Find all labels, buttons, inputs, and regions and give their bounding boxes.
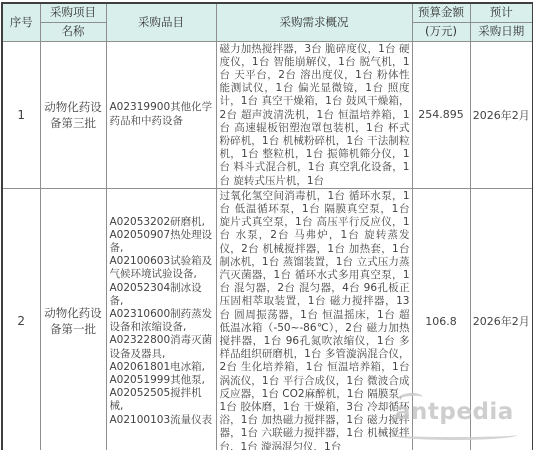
row1-items: A02319900其他化学药品和中药设备 (106, 41, 216, 188)
row1-project-name: 动物化药设备第三批 (40, 41, 106, 188)
row2-items: A02053202研磨机, A02050907热处理设备, A02100603试… (106, 188, 216, 450)
row1-date: 2026年2月 (470, 41, 533, 188)
row1-demand: 磁力加热搅拌器，3台 脆碎度仪，1台 硬度仪，1台 智能崩解仪，1台 脱气机，1… (216, 41, 412, 188)
header-demand: 采购需求概况 (216, 3, 412, 41)
header-budget-line2: (万元) (412, 22, 470, 41)
header-project-line1: 采购项目 (40, 3, 106, 22)
header-date-line1: 预计 (470, 3, 533, 22)
table-header: 序号 采购项目 采购品目 采购需求概况 预算金额 预计 名称 (万元) 采购日期 (2, 3, 533, 41)
row2-project-name: 动物化药设备第一批 (40, 188, 106, 450)
procurement-table: 序号 采购项目 采购品目 采购需求概况 预算金额 预计 名称 (万元) 采购日期… (1, 2, 533, 450)
row1-seq: 1 (2, 41, 40, 188)
table-row: 1 动物化药设备第三批 A02319900其他化学药品和中药设备 磁力加热搅拌器… (2, 41, 533, 188)
row2-seq: 2 (2, 188, 40, 450)
row2-budget: 106.8 (412, 188, 470, 450)
header-seq: 序号 (2, 3, 40, 41)
procurement-page: 序号 采购项目 采购品目 采购需求概况 预算金额 预计 名称 (万元) 采购日期… (0, 0, 533, 450)
row1-budget: 254.895 (412, 41, 470, 188)
header-item: 采购品目 (106, 3, 216, 41)
row2-demand: 过氧化氢空间消毒机，1台 循环水泵，1台 低温循环泵，1台 隔膜真空泵，1台 旋… (216, 188, 412, 450)
table-row: 2 动物化药设备第一批 A02053202研磨机, A02050907热处理设备… (2, 188, 533, 450)
row2-date: 2026年2月 (470, 188, 533, 450)
header-budget-line1: 预算金额 (412, 3, 470, 22)
header-date-line2: 采购日期 (470, 22, 533, 41)
header-project-line2: 名称 (40, 22, 106, 41)
